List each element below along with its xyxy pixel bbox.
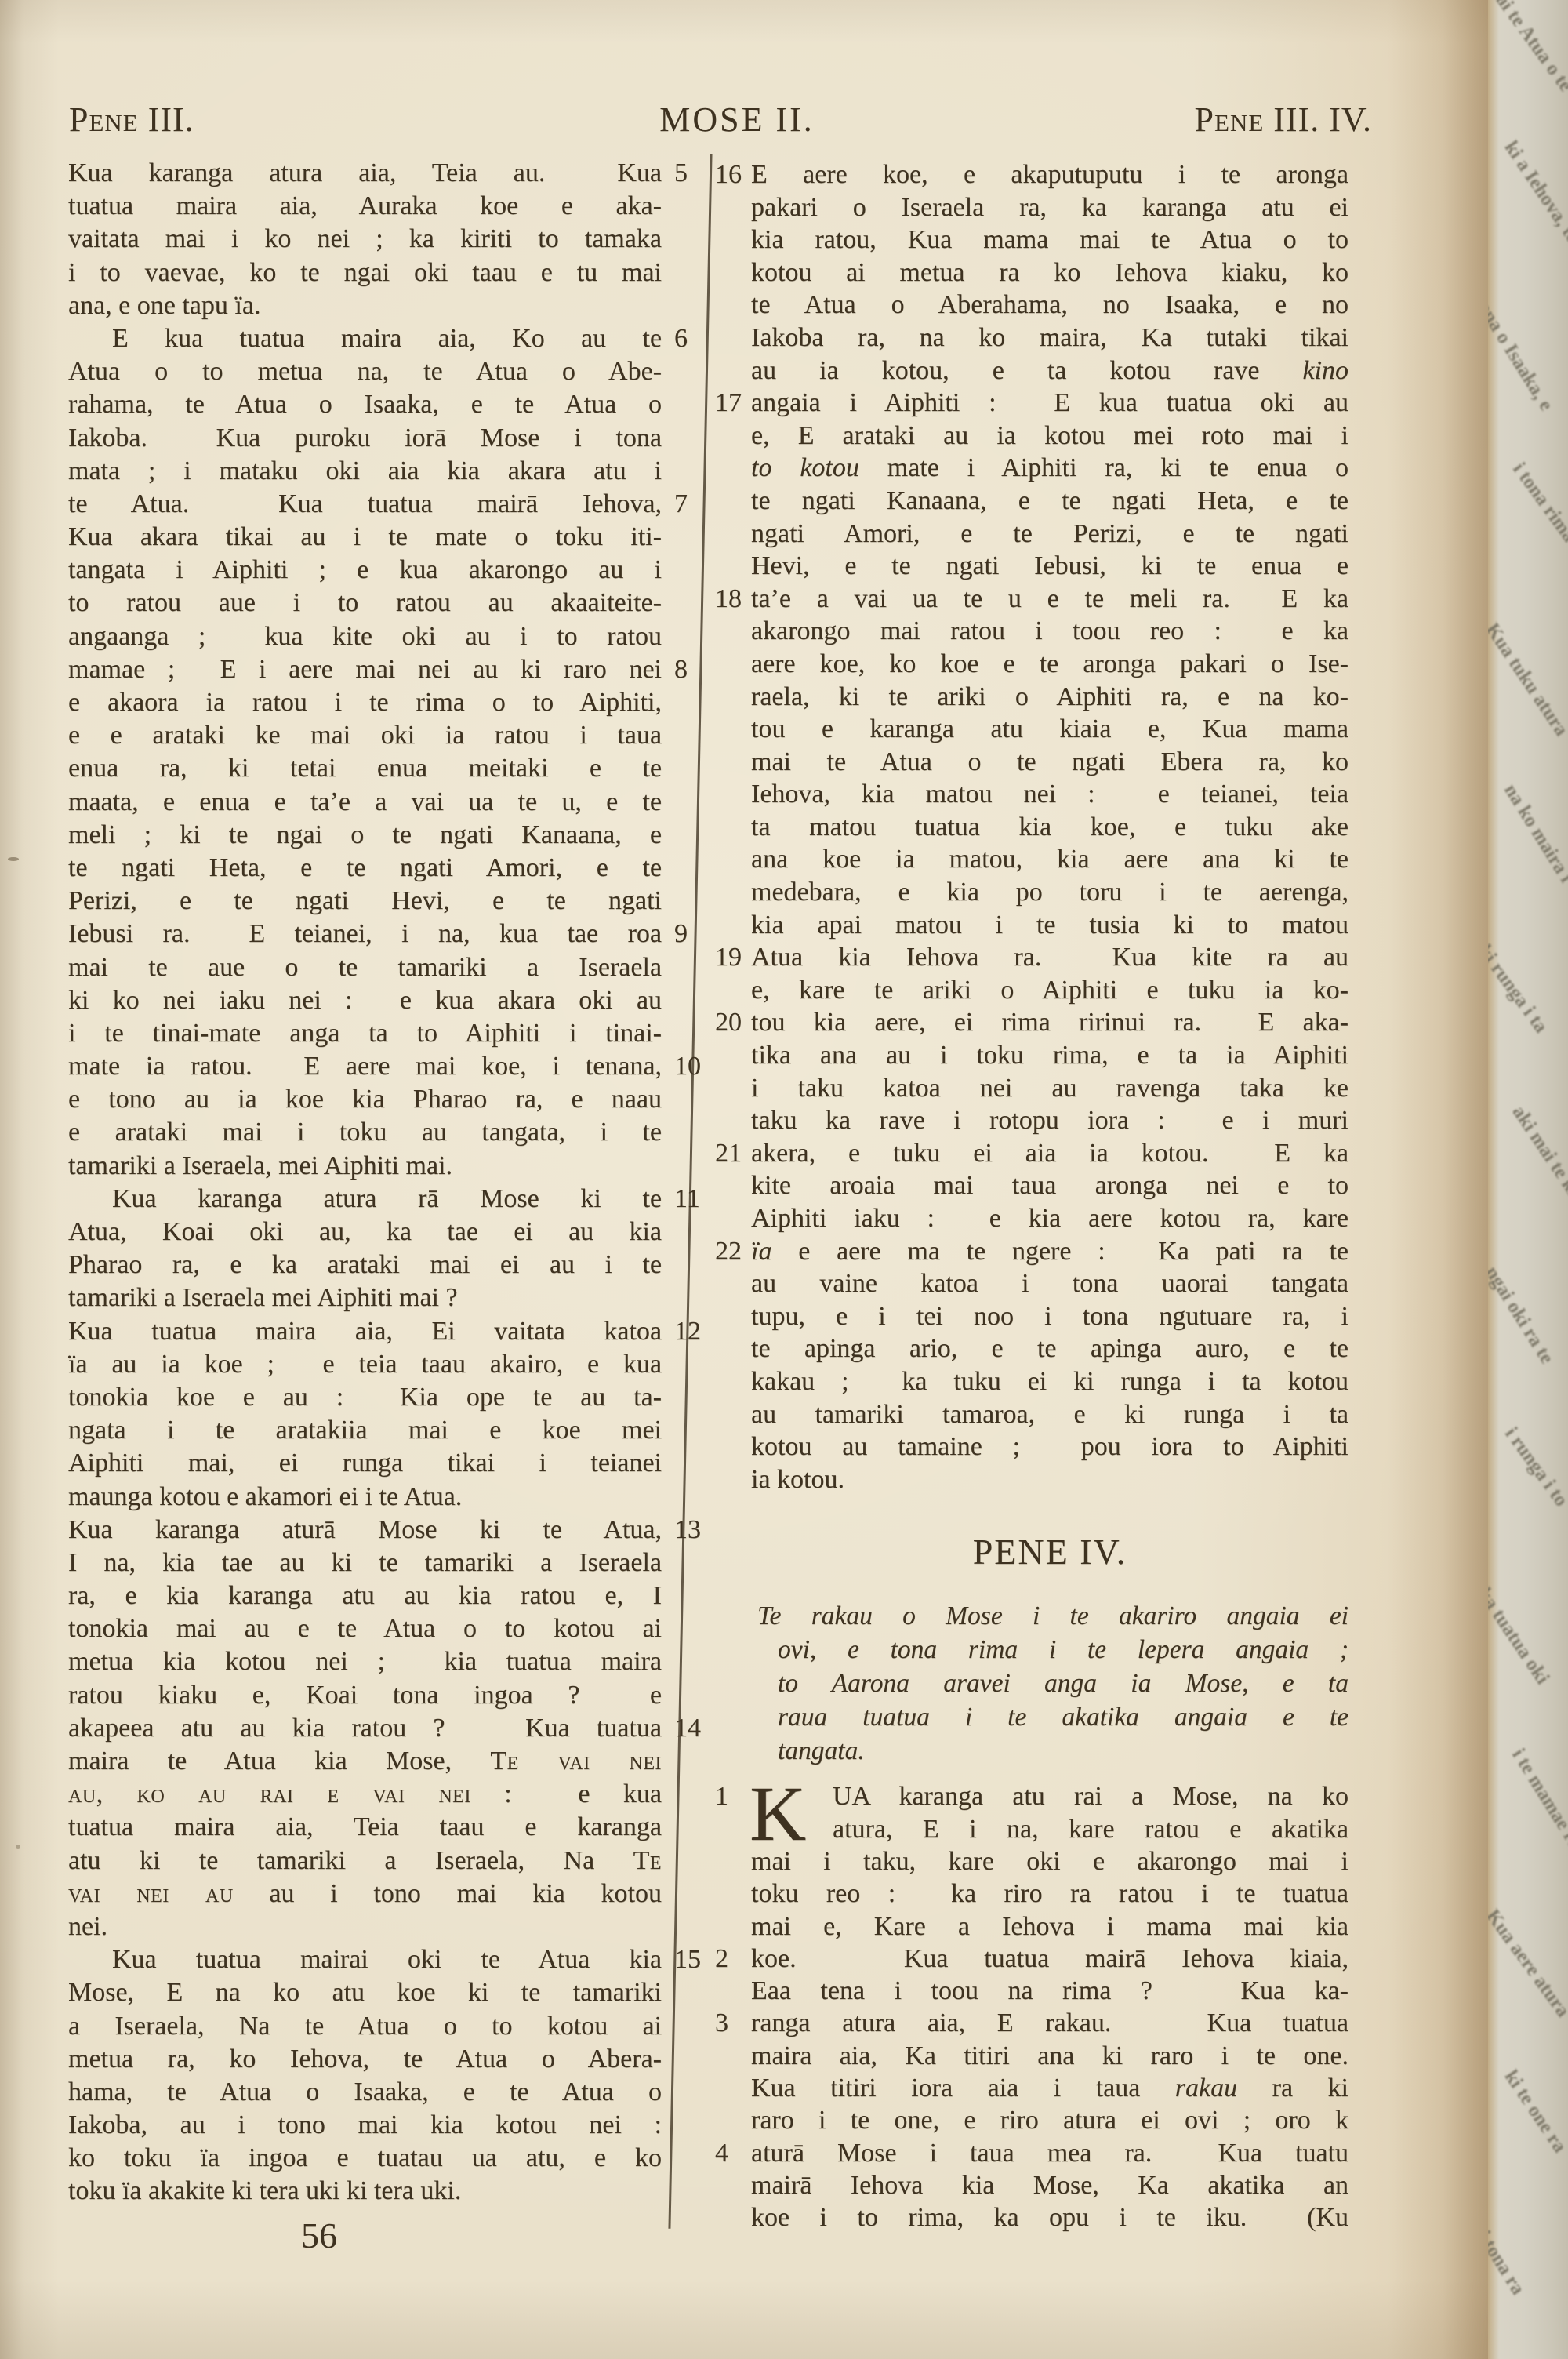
text-line: maira aia, Ka titiri ana ki raro i te on…: [751, 2040, 1348, 2072]
text-line: ïa au ia koe ; e teia taau akairo, e kua: [68, 1348, 662, 1381]
text-line: te ngati Kanaana, e te ngati Heta, e te: [751, 485, 1348, 518]
text-line: hama, te Atua o Isaaka, e te Atua o: [68, 2076, 662, 2109]
verse-number: 15: [674, 1943, 701, 1976]
text-line: e, E arataki au ia kotou mei roto mai i: [751, 420, 1348, 453]
text-line: Kua karanga atura rā Mose ki te11: [68, 1183, 662, 1216]
chapter-summary: Te rakau o Mose i te akariro angaia eiov…: [751, 1599, 1348, 1768]
italic-text: rakau: [1175, 2074, 1237, 2103]
verse-number: 2: [715, 1943, 748, 1975]
text-line: Perizi, e te ngati Hevi, e te ngati: [68, 885, 662, 918]
text-line: tuatua maira aia, Teia taau e karanga: [68, 1811, 662, 1844]
text-line: pakari o Iseraela ra, ka karanga atu ei: [751, 191, 1348, 224]
text-line: te ngati Heta, e te ngati Amori, e te: [68, 852, 662, 885]
text-line: akera, e tuku ei aia ia kotou. E ka21: [751, 1137, 1348, 1170]
text-line: Kua tuatua maira aia, Ei vaitata katoa12: [68, 1315, 662, 1348]
text-line: metua ra, ko Iehova, te Atua o Abera-: [68, 2043, 662, 2076]
text-line: akapeea atu au kia ratou ? Kua tuatua14: [68, 1712, 662, 1745]
text-line: vai nei au au i tono mai kia kotou: [68, 1877, 662, 1910]
text-line: E aere koe, e akaputuputu i te aronga16: [751, 158, 1348, 191]
text-line: tuatua maira aia, Auraka koe e aka-: [68, 190, 662, 223]
text-line: toku ïa akakite ki tera uki ki tera uki.: [68, 2175, 662, 2208]
text-line: angaia i Aiphiti : E kua tuatua oki au17: [751, 387, 1348, 420]
smallcaps-text: Te vai nei: [490, 1747, 662, 1776]
text-line: te Atua o Aberahama, no Isaaka, e no: [751, 289, 1348, 322]
page-number: 56: [276, 2215, 362, 2256]
text-line: mata ; i mataku oki aia kia akara atu i: [68, 455, 662, 488]
text-line: Atua kia Iehova ra. Kua kite ra au19: [751, 941, 1348, 974]
edge-text-fragment: Kua aere atura: [1488, 1906, 1568, 2022]
text-line: koe i to rima, ka opu i te iku. (Ku: [751, 2201, 1348, 2234]
italic-text: ïa: [751, 1237, 771, 1266]
edge-text-fragment: i runga i to: [1500, 1423, 1568, 1510]
edge-text-fragment: ka tuatua oki: [1488, 1584, 1553, 1688]
text-line: to Aarona aravei anga ia Mose, e ta: [757, 1667, 1348, 1700]
verse-number: 3: [715, 2007, 748, 2039]
text-line: Iehova, kia matou nei : e teianei, teia: [751, 778, 1348, 811]
text-line: te apinga ario, e te apinga auro, e te: [751, 1332, 1348, 1365]
smallcaps-text: au, ko au rai e vai nei: [68, 1779, 471, 1808]
text-line: tupu, e i tei noo i tona ngutuare ra, i: [751, 1300, 1348, 1333]
text-line: angaanga ; kua kite oki au i to ratou: [68, 620, 662, 653]
text-line: tangata i Aiphiti ; e kua akarongo au i: [68, 554, 662, 587]
text-line: Te rakau o Mose i te akariro angaia ei: [757, 1599, 1348, 1633]
adjacent-page-edge: mai te Atua o teki a Iehova, te Atuaana …: [1488, 0, 1568, 2359]
text-line: metua kia kotou nei ; kia tuatua maira: [68, 1645, 662, 1678]
text-line: toku reo : ka riro ra ratou i te tuatua: [751, 1877, 1348, 1910]
text-line: taku ka rave i rotopu iora : e i muri: [751, 1104, 1348, 1137]
text-line: tou kia aere, ei rima ririnui ra. E aka-…: [751, 1006, 1348, 1039]
verse-number: 19: [715, 941, 748, 974]
text-line: au, ko au rai e vai nei : e kua: [68, 1778, 662, 1811]
text-line: raela, ki te ariki o Aiphiti ra, e na ko…: [751, 681, 1348, 714]
verse-number: 9: [674, 918, 688, 951]
edge-text-fragment: i tona ra: [1488, 2227, 1529, 2299]
text-line: Atua o to metua na, te Atua o Abe-: [68, 355, 662, 388]
text-line: mamae ; E i aere mai nei au ki raro nei8: [68, 653, 662, 686]
verse-number: 18: [715, 583, 748, 616]
text-line: te Atua. Kua tuatua mairā Iehova,7: [68, 488, 662, 521]
verse-number: 10: [674, 1050, 701, 1083]
text-line: tamariki a Iseraela, mei Aiphiti mai.: [68, 1150, 662, 1183]
edge-text-fragment: i te mamae ra: [1507, 1745, 1568, 1854]
text-line: e akaora ia ratou i te rima o to Aiphiti…: [68, 686, 662, 719]
text-line: Hevi, e te ngati Iebusi, ki te enua e: [751, 550, 1348, 583]
text-line: au tamariki tamaroa, e ki runga i ta: [751, 1398, 1348, 1431]
text-line: Mose, E na ko atu koe ki te tamariki: [68, 1976, 662, 2009]
ink-speck: [16, 1845, 20, 1849]
text-line: maira te Atua kia Mose, Te vai nei: [68, 1745, 662, 1778]
text-line: e e arataki ke mai oki ia ratou i taua: [68, 719, 662, 752]
text-line: ana koe ia matou, kia aere ana ki te: [751, 843, 1348, 876]
text-line: kakau ; ka tuku ei ki runga i ta kotou: [751, 1365, 1348, 1398]
text-column-left: Kua karanga atura aia, Teia au. Kua5tuat…: [68, 157, 662, 2208]
text-line: raua tuatua i te akatika angaia e te: [757, 1700, 1348, 1734]
text-line: a Iseraela, Na te Atua o to kotou ai: [68, 2010, 662, 2043]
page-curl-shadow: [1388, 0, 1488, 2359]
text-line: ko toku ïa ingoa e tuatau ua atu, e ko: [68, 2142, 662, 2175]
text-line: ngata i te aratakiia mai e koe mei: [68, 1414, 662, 1447]
text-line: meli ; ki te ngai o te ngati Kanaana, e: [68, 819, 662, 852]
edge-text-fragment: ki te one ra: [1500, 2066, 1568, 2157]
text-line: Iakoba, au i tono mai kia kotou nei :: [68, 2109, 662, 2142]
text-line: au ia kotou, e ta kotou rave kino: [751, 354, 1348, 387]
smallcaps-text: vai nei au: [68, 1879, 234, 1908]
text-line: to kotou mate i Aiphiti ra, ki te enua o: [751, 452, 1348, 485]
text-line: Pharao ra, e ka arataki mai ei au i te: [68, 1249, 662, 1281]
text-line: atura, E i na, kare ratou e akatika: [751, 1813, 1348, 1845]
text-line: I na, kia tae au ki te tamariki a Iserae…: [68, 1547, 662, 1579]
verse-number: 20: [715, 1006, 748, 1039]
text-line: Aiphiti iaku : e kia aere kotou ra, kare: [751, 1202, 1348, 1235]
verse-number: 21: [715, 1137, 748, 1170]
text-line: medebara, e kia po toru i te aerenga,: [751, 876, 1348, 909]
text-line: mai te aue o te tamariki a Iseraela: [68, 951, 662, 984]
italic-text: kino: [1302, 356, 1348, 385]
text-line: e, kare te ariki o Aiphiti e tuku ia ko-: [751, 974, 1348, 1007]
italic-text: to kotou: [751, 453, 859, 482]
text-line: atu ki te tamariki a Iseraela, Na Te: [68, 1845, 662, 1877]
verse-number: 17: [715, 387, 748, 420]
text-line: Iebusi ra. E teianei, i na, kua tae roa9: [68, 918, 662, 951]
text-line: kia apai matou i te tusia ki to matou: [751, 909, 1348, 942]
text-line: aturā Mose i taua mea ra. Kua tuatu4: [751, 2137, 1348, 2169]
text-line: e arataki mai i toku au tangata, i te: [68, 1116, 662, 1149]
text-line: i to vaevae, ko te ngai oki taau e tu ma…: [68, 256, 662, 289]
ink-speck: [8, 857, 19, 861]
text-line: e tono au ia koe kia Pharao ra, e naau: [68, 1083, 662, 1116]
text-line: tangata.: [757, 1734, 1348, 1768]
verse-number: 11: [674, 1183, 700, 1216]
verse-number: 5: [674, 157, 688, 190]
text-line: nei.: [68, 1910, 662, 1943]
text-line: akarongo mai ratou i toou reo : e ka: [751, 615, 1348, 648]
verse-number: 7: [674, 488, 688, 521]
text-line: Kua karanga aturā Mose ki te Atua,13: [68, 1514, 662, 1547]
text-line: ra, e kia karanga atu au kia ratou e, I: [68, 1579, 662, 1612]
edge-text-fragment: mai te Atua o te: [1488, 0, 1568, 96]
text-line: Aiphiti mai, ei runga tikai i teianei: [68, 1447, 662, 1480]
text-line: tamariki a Iseraela mei Aiphiti mai ?: [68, 1281, 662, 1314]
text-line: ovi, e tona rima i te lepera angaia ;: [757, 1633, 1348, 1667]
text-line: ta’e a vai ua te u e te meli ra. E ka18: [751, 583, 1348, 616]
text-line: ïa e aere ma te ngere : Ka pati ra te22: [751, 1235, 1348, 1268]
text-line: tonokia mai au e te Atua o to kotou ai: [68, 1612, 662, 1645]
text-column-right: E aere koe, e akaputuputu i te aronga16p…: [751, 158, 1348, 2234]
text-line: ngati Amori, e te Perizi, e te ngati: [751, 518, 1348, 551]
text-line: aere koe, ko koe e te aronga pakari o Is…: [751, 648, 1348, 681]
text-line: Kua tuatua mairai oki te Atua kia15: [68, 1943, 662, 1976]
text-line: Atua, Koai oki au, ka tae ei au kia: [68, 1216, 662, 1249]
text-line: mai te Atua o te ngati Ebera ra, ko: [751, 746, 1348, 779]
text-line: ia kotou.: [751, 1463, 1348, 1496]
chapter3-verses: E aere koe, e akaputuputu i te aronga16p…: [751, 158, 1348, 1496]
text-line: koe. Kua tuatua mairā Iehova kiaia,2: [751, 1943, 1348, 1975]
text-line: mate ia ratou. E aere mai koe, i tenana,…: [68, 1050, 662, 1083]
text-line: vaitata mai i ko nei ; ka kiriti to tama…: [68, 223, 662, 256]
text-line: E kua tuatua maira aia, Ko au te6: [68, 322, 662, 355]
text-line: rahama, te Atua o Isaaka, e te Atua o: [68, 388, 662, 421]
text-line: i te tinai-mate anga ta to Aiphiti i tin…: [68, 1017, 662, 1050]
text-line: raro i te one, e riro atura ei ovi ; oro…: [751, 2104, 1348, 2136]
chapter4-verses: KUA karanga atu rai a Mose, na ko1atura,…: [751, 1780, 1348, 2234]
text-line: ranga atura aia, E rakau. Kua tuatua3: [751, 2007, 1348, 2039]
text-line: kia ratou, Kua mama mai te Atua o to: [751, 224, 1348, 256]
verse-number: 16: [715, 158, 748, 191]
edge-text-fragment: ana o Isaaka, e: [1488, 298, 1557, 415]
text-line: tonokia koe e au : Kia ope te au ta-: [68, 1381, 662, 1414]
verse-number: 13: [674, 1514, 701, 1547]
verse-number: 6: [674, 322, 688, 355]
text-line: ta matou tuatua kia koe, e tuku ake: [751, 811, 1348, 844]
text-line: ki ko nei iaku nei : e kua akara oki au: [68, 984, 662, 1017]
text-line: maunga kotou e akamori ei i te Atua.: [68, 1481, 662, 1514]
edge-text-fragment: na ko maira i: [1499, 780, 1568, 887]
verse-number: 1: [715, 1780, 748, 1812]
text-line: Kua karanga atura aia, Teia au. Kua5: [68, 157, 662, 190]
text-line: Kua titiri iora aia i taua rakau ra ki: [751, 2072, 1348, 2104]
verse-number: 12: [674, 1315, 701, 1348]
edge-text-fragment: aki mai te ki: [1508, 1102, 1568, 1201]
text-line: Iakoba ra, na ko maira, Ka tutaki tikai: [751, 322, 1348, 354]
text-line: Eaa tena i toou na rima ? Kua ka-: [751, 1975, 1348, 2007]
verse-number: 22: [715, 1235, 748, 1268]
text-line: ana, e one tapu ïa.: [68, 289, 662, 322]
edge-text-fragment: Kua tuku atura: [1488, 620, 1568, 740]
text-line: Iakoba. Kua puroku iorā Mose i tona: [68, 422, 662, 455]
text-line: mairā Iehova kia Mose, Ka akatika an: [751, 2169, 1348, 2201]
text-line: enua ra, ki tetai enua meitaki e te: [68, 752, 662, 785]
text-line: UA karanga atu rai a Mose, na ko1: [751, 1780, 1348, 1812]
edge-text-fragment: ki runga i ta: [1488, 941, 1552, 1038]
text-line: kotou au tamaine ; pou iora to Aiphiti: [751, 1430, 1348, 1463]
text-line: i taku katoa nei au ravenga taka ke: [751, 1072, 1348, 1105]
text-line: Kua akara tikai au i te mate o toku iti-: [68, 521, 662, 554]
text-line: maata, e enua e ta’e a vai ua te u, e te: [68, 786, 662, 819]
edge-text-fragment: ngai oki ra te: [1488, 1263, 1558, 1368]
text-line: kotou ai metua ra ko Iehova kiaku, ko: [751, 256, 1348, 289]
smallcaps-text: Te: [633, 1846, 662, 1875]
text-line: kite aroaia mai taua aronga nei e to: [751, 1169, 1348, 1202]
verse-number: 14: [674, 1712, 701, 1745]
text-line: tika ana au i toku rima, e ta ia Aiphiti: [751, 1039, 1348, 1072]
edge-text-fragment: i tona rima i te: [1508, 459, 1568, 571]
text-line: au vaine katoa i tona uaorai tangata: [751, 1267, 1348, 1300]
edge-text-fragment: ki a Iehova, te Atua: [1500, 137, 1568, 285]
running-head-right: Pene III. IV.: [1051, 102, 1372, 138]
text-line: ratou kiaku e, Koai tona ingoa ? e: [68, 1679, 662, 1712]
verse-number: 8: [674, 653, 688, 686]
text-line: to ratou aue i to ratou au akaaiteite-: [68, 587, 662, 620]
text-line: mai e, Kare a Iehova i mama mai kia: [751, 1910, 1348, 1943]
text-line: tou e karanga atu kiaia e, Kua mama: [751, 713, 1348, 746]
text-line: mai i taku, kare oki e akarongo mai i: [751, 1845, 1348, 1877]
verse-number: 4: [715, 2137, 748, 2169]
chapter-heading: PENE IV.: [751, 1532, 1348, 1572]
